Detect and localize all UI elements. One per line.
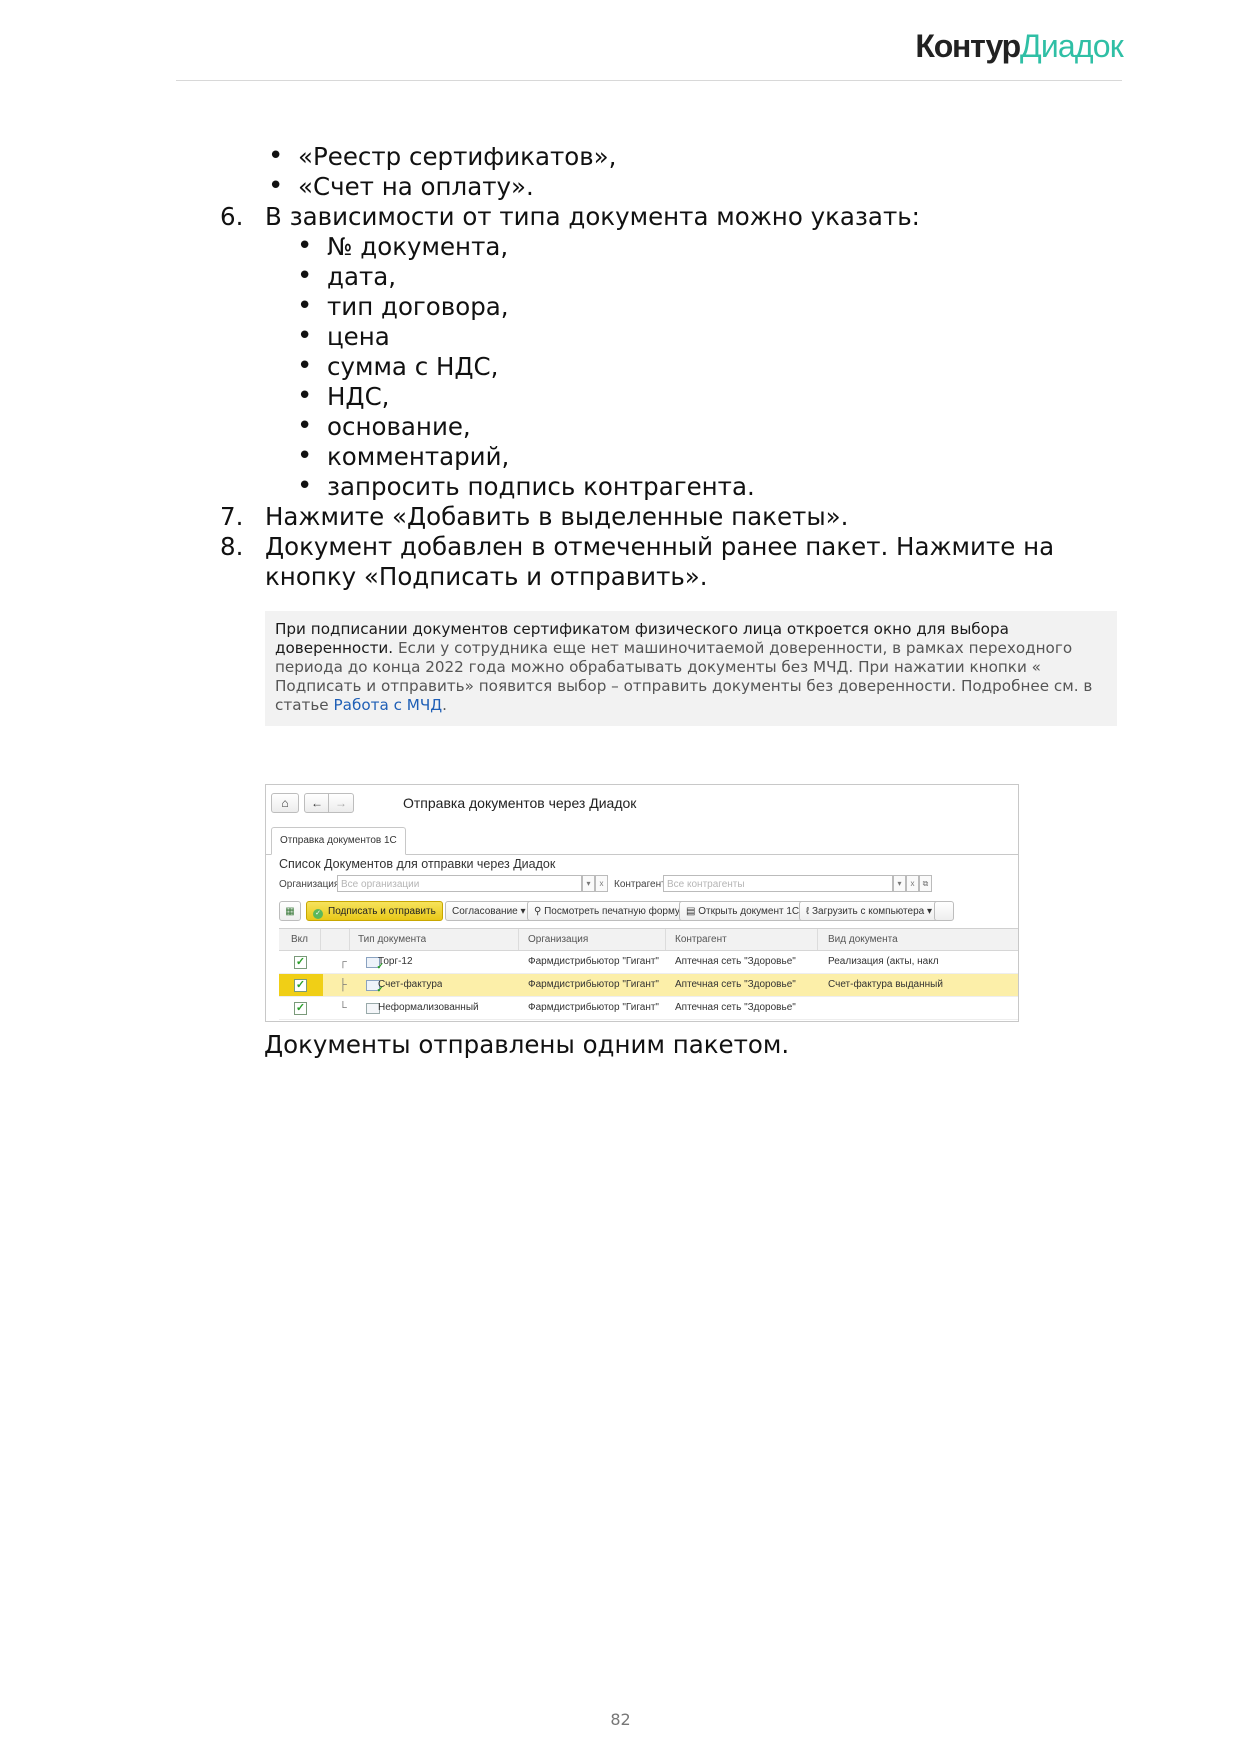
col-doc-type[interactable]: Тип документа: [358, 929, 426, 950]
window-topbar: ⌂ ← → Отправка документов через Диадок: [266, 785, 1018, 825]
documents-table: Вкл Тип документа Организация Контрагент…: [279, 928, 1019, 1020]
sign-send-label: Подписать и отправить: [328, 906, 436, 917]
col-doc-kind[interactable]: Вид документа: [828, 929, 898, 950]
step-number: 6.: [220, 202, 243, 232]
cell-doc-kind: Счет-фактура выданный: [828, 974, 943, 996]
field-list: № документа, дата, тип договора, цена су…: [265, 232, 1120, 502]
more-button[interactable]: [934, 901, 954, 921]
contr-open-button[interactable]: ⧉: [919, 875, 932, 892]
figure-caption: Документы отправлены одним пакетом.: [264, 1030, 789, 1060]
step-number: 7.: [220, 502, 243, 532]
check-circle-icon: ✓: [313, 909, 323, 919]
note-text: При подписании документов сертификатом ф…: [265, 611, 1117, 724]
logo-kontur: Контур: [915, 28, 1020, 64]
sign-send-button[interactable]: ✓Подписать и отправить: [306, 901, 443, 921]
step-text: Нажмите «Добавить в выделенные пакеты».: [265, 502, 848, 531]
row-checkbox[interactable]: ✓: [294, 956, 307, 969]
arrow-left-icon: ←: [311, 796, 323, 810]
page-number: 82: [0, 1710, 1241, 1729]
info-note: При подписании документов сертификатом ф…: [265, 611, 1117, 726]
chevron-down-icon: ▾: [897, 879, 901, 888]
toolbar: ▦ ✓Подписать и отправить Согласование ▾ …: [279, 901, 1018, 923]
col-enabled[interactable]: Вкл: [291, 929, 308, 950]
chevron-down-icon: ▾: [521, 906, 526, 917]
view-print-button[interactable]: ⚲ Посмотреть печатную форму: [527, 901, 687, 921]
list-item: комментарий,: [327, 442, 1120, 472]
document-icon: ▤: [686, 906, 695, 917]
cell-doc-type: Торг-12: [378, 951, 413, 973]
cell-doc-type: Неформализованный: [378, 997, 479, 1019]
list-item: «Реестр сертификатов»,: [298, 142, 1120, 172]
bullet-list-top: «Реестр сертификатов», «Счет на оплату».: [220, 142, 1120, 202]
tree-branch-icon: ┌: [339, 951, 347, 973]
header-divider: [176, 80, 1122, 81]
back-button[interactable]: ←: [304, 793, 330, 813]
contr-dropdown-button[interactable]: ▾: [893, 875, 906, 892]
paperclip-icon: ℓ: [806, 906, 809, 917]
tree-branch-icon: └: [339, 997, 347, 1019]
home-button[interactable]: ⌂: [271, 793, 299, 813]
cell-organization: Фармдистрибьютор "Гигант": [528, 997, 659, 1019]
list-title: Список Документов для отправки через Диа…: [279, 857, 555, 871]
org-dropdown-button[interactable]: ▾: [582, 875, 595, 892]
logo-diadoc: Диадок: [1020, 28, 1123, 64]
cell-doc-kind: Реализация (акты, накладные): [828, 951, 938, 973]
arrow-right-icon: →: [335, 796, 347, 810]
clear-icon: x: [911, 879, 915, 888]
tab-send-docs-1c[interactable]: Отправка документов 1С: [271, 827, 406, 855]
org-filter-input[interactable]: Все организации: [337, 875, 582, 892]
cell-organization: Фармдистрибьютор "Гигант": [528, 951, 659, 973]
step-text: В зависимости от типа документа можно ук…: [265, 202, 920, 231]
col-counterparty[interactable]: Контрагент: [675, 929, 727, 950]
list-item: «Счет на оплату».: [298, 172, 1120, 202]
forward-button[interactable]: →: [328, 793, 354, 813]
search-icon: ⚲: [534, 906, 541, 917]
home-icon: ⌂: [281, 796, 288, 810]
brand-logo: КонтурДиадок: [915, 28, 1123, 65]
step-8: 8. Документ добавлен в отмеченный ранее …: [265, 532, 1120, 592]
cell-counterparty: Аптечная сеть "Здоровье": [675, 997, 796, 1019]
cell-organization: Фармдистрибьютор "Гигант": [528, 974, 659, 996]
step-number: 8.: [220, 532, 243, 562]
list-item: дата,: [327, 262, 1120, 292]
contr-filter-input[interactable]: Все контрагенты: [663, 875, 893, 892]
instructions: «Реестр сертификатов», «Счет на оплату».…: [220, 142, 1120, 592]
open-doc-label: Открыть документ 1С: [698, 906, 799, 917]
org-clear-button[interactable]: x: [595, 875, 608, 892]
upload-button[interactable]: ℓ Загрузить с компьютера ▾: [799, 901, 939, 921]
1c-screenshot: ⌂ ← → Отправка документов через Диадок О…: [265, 784, 1019, 1022]
steps-list: 6. В зависимости от типа документа можно…: [220, 202, 1120, 592]
list-item: НДС,: [327, 382, 1120, 412]
step-6: 6. В зависимости от типа документа можно…: [265, 202, 1120, 502]
table-row[interactable]: ✓ ┌ Торг-12 Фармдистрибьютор "Гигант" Ап…: [279, 951, 1019, 974]
upload-label: Загрузить с компьютера: [812, 906, 924, 917]
stack-docs-icon: ▦: [285, 906, 294, 917]
open-doc-button[interactable]: ▤ Открыть документ 1С: [679, 901, 806, 921]
chevron-down-icon: ▾: [586, 879, 590, 888]
list-item: № документа,: [327, 232, 1120, 262]
list-item: основание,: [327, 412, 1120, 442]
cell-counterparty: Аптечная сеть "Здоровье": [675, 974, 796, 996]
contr-label: Контрагент:: [614, 879, 668, 890]
clear-icon: x: [600, 879, 604, 888]
window-title: Отправка документов через Диадок: [403, 795, 636, 811]
chevron-down-icon: ▾: [927, 906, 932, 917]
mchd-link[interactable]: Работа с МЧД: [333, 696, 442, 714]
approval-button[interactable]: Согласование ▾: [445, 901, 533, 921]
table-row[interactable]: ✓ └ Неформализованный Фармдистрибьютор "…: [279, 997, 1019, 1020]
row-checkbox[interactable]: ✓: [294, 1002, 307, 1015]
note-tail: .: [442, 696, 447, 714]
list-item: запросить подпись контрагента.: [327, 472, 1120, 502]
approval-label: Согласование: [452, 906, 518, 917]
list-item: тип договора,: [327, 292, 1120, 322]
tab-bar: Отправка документов 1С: [266, 827, 1018, 855]
tree-branch-icon: ├: [339, 974, 347, 996]
view-print-label: Посмотреть печатную форму: [544, 906, 680, 917]
step-text: Документ добавлен в отмеченный ранее пак…: [265, 532, 1054, 591]
cell-doc-type: Счет-фактура: [378, 974, 442, 996]
table-header: Вкл Тип документа Организация Контрагент…: [279, 928, 1019, 951]
list-item: сумма с НДС,: [327, 352, 1120, 382]
refresh-button[interactable]: ▦: [279, 901, 301, 921]
row-checkbox[interactable]: ✓: [294, 979, 307, 992]
cell-counterparty: Аптечная сеть "Здоровье": [675, 951, 796, 973]
step-7: 7. Нажмите «Добавить в выделенные пакеты…: [265, 502, 1120, 532]
org-label: Организация:: [279, 879, 342, 890]
col-organization[interactable]: Организация: [528, 929, 588, 950]
filters-bar: Организация: Все организации ▾ x Контраг…: [279, 875, 1018, 895]
open-icon: ⧉: [923, 879, 929, 888]
table-row-selected[interactable]: ✓ ├ Счет-фактура Фармдистрибьютор "Гиган…: [279, 974, 1019, 997]
contr-clear-button[interactable]: x: [906, 875, 919, 892]
list-item: цена: [327, 322, 1120, 352]
